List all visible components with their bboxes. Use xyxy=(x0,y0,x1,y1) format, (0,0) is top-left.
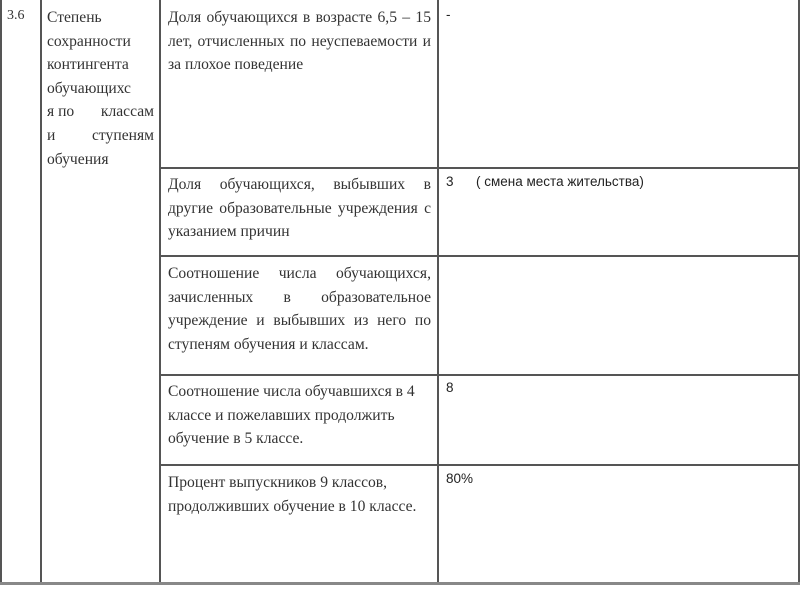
table-border-bottom xyxy=(0,582,800,585)
value-cell: 8 xyxy=(446,378,786,398)
section-title-line: обучающихс xyxy=(47,77,154,101)
section-title-line: иступеням xyxy=(47,124,154,148)
section-title-line: контингента xyxy=(47,53,154,77)
value-cell: 80% xyxy=(446,469,786,489)
value-cell: - xyxy=(446,5,786,25)
indicator-cell: Соотношение числа обучающихся, зачисленн… xyxy=(168,262,431,356)
indicator-cell: Доля обучающихся, выбывших в другие обра… xyxy=(168,173,431,244)
row-divider-1 xyxy=(159,167,800,169)
row-divider-4 xyxy=(159,464,800,466)
section-title-word: ступеням xyxy=(92,124,154,148)
column-divider-2 xyxy=(159,0,161,585)
section-title-line: сохранности xyxy=(47,30,154,54)
indicator-cell: Процент выпускников 9 классов, продолжив… xyxy=(168,471,434,518)
row-divider-3 xyxy=(159,374,800,376)
value-cell: 3 ( смена места жительства) xyxy=(446,172,786,192)
indicator-table: 3.6 Степень сохранности контингента обуч… xyxy=(0,0,800,585)
section-title-line: обучения xyxy=(47,148,154,172)
section-title-word: и xyxy=(47,124,55,148)
column-divider-3 xyxy=(437,0,439,585)
indicator-cell: Соотношение числа обучавшихся в 4 классе… xyxy=(168,380,434,451)
section-title-line: Степень xyxy=(47,6,154,30)
section-title: Степень сохранности контингента обучающи… xyxy=(47,6,154,171)
column-divider-1 xyxy=(40,0,42,585)
row-divider-2 xyxy=(159,255,800,257)
section-number: 3.6 xyxy=(7,4,39,28)
section-title-word: классам xyxy=(101,100,154,124)
section-title-word: я по xyxy=(47,100,74,124)
table-border-left xyxy=(0,0,2,585)
indicator-cell: Доля обучающихся в возрасте 6,5 – 15 лет… xyxy=(168,6,431,77)
section-title-line: я поклассам xyxy=(47,100,154,124)
